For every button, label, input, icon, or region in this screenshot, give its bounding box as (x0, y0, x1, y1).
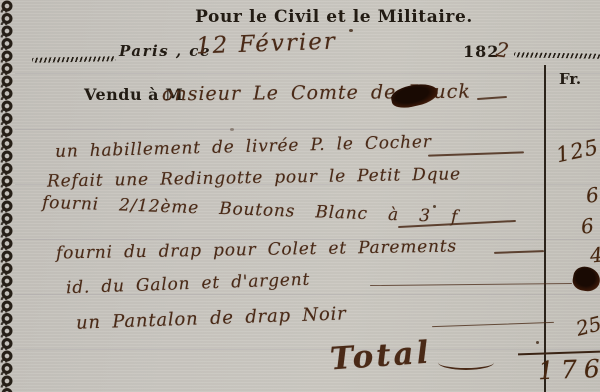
amount: 6 (579, 213, 595, 239)
leader-dash (477, 96, 507, 100)
ink-speck (230, 128, 234, 131)
ledger-rule (15, 129, 600, 130)
amount: 6 (584, 182, 600, 208)
item-line: un Pantalon de drap Noir (76, 303, 347, 333)
amount: 4 (589, 242, 600, 267)
item-line: fourni 2/12ème Boutons Blanc à 3 f (42, 193, 459, 228)
currency-header: Fr. (559, 70, 581, 88)
ink-speck (433, 205, 436, 208)
filler-squiggle-left (32, 56, 116, 62)
coil-border-left (0, 0, 15, 392)
ledger-rule (15, 349, 600, 350)
leader-dash (428, 151, 524, 156)
ink-blot-in-column (571, 265, 600, 293)
page-title: Pour le Civil et le Militaire. (34, 7, 600, 27)
item-line: un habillement de livrée P. le Cocher (55, 132, 432, 162)
amount-column-divider (544, 65, 546, 392)
ink-speck (536, 341, 539, 344)
item-line: Refait une Redingotte pour le Petit Dque (47, 164, 461, 191)
leader-line (370, 283, 572, 287)
leader-dash (494, 250, 544, 254)
amount: 125 (554, 135, 600, 167)
dateline-handwritten-year-digit: 2 (494, 37, 510, 63)
amount: 25 (573, 311, 600, 340)
total-dash (438, 355, 494, 370)
item-line: fourni du drap pour Colet et Parements (56, 237, 457, 264)
total-amount: 176 (538, 354, 600, 385)
leader-line (432, 322, 554, 328)
ledger-rule (15, 73, 600, 74)
total-label: Total (329, 335, 433, 378)
ink-speck (349, 29, 353, 32)
dateline-handwritten-date: 12 Février (196, 29, 338, 60)
filler-squiggle-right (514, 52, 600, 59)
